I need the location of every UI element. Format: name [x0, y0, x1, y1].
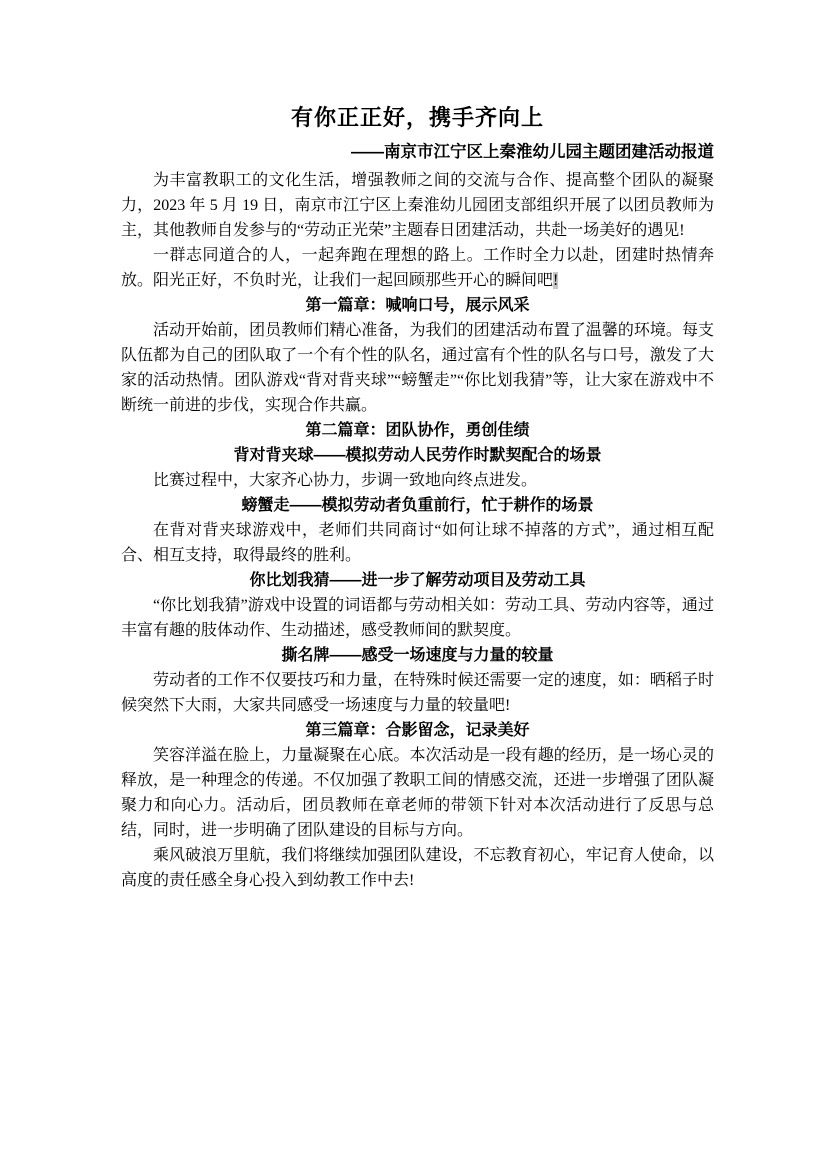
paragraph: 一群志同道合的人，一起奔跑在理想的路上。工作时全力以赴，团建时热情奔放。阳光正好… [121, 243, 714, 293]
sub-heading: 撕名牌——感受一场速度与力量的较量 [121, 643, 714, 668]
chapter-heading-text: 第一篇章：喊响口号，展示风采 [305, 297, 529, 314]
sub-heading-text: 撕名牌——感受一场速度与力量的较量 [281, 647, 553, 664]
paragraph: 在背对背夹球游戏中，老师们共同商讨“如何让球不掉落的方式”，通过相互配合、相互支… [121, 518, 714, 568]
doc-title: 有你正正好，携手齐向上 [121, 100, 714, 136]
paragraph: 比赛过程中，大家齐心协力，步调一致地向终点进发。 [121, 468, 714, 493]
sub-heading-text: 你比划我猜——进一步了解劳动项目及劳动工具 [249, 572, 585, 589]
paragraph-text: 一群志同道合的人，一起奔跑在理想的路上。工作时全力以赴，团建时热情奔放。阳光正好… [121, 247, 714, 289]
paragraph: “你比划我猜”游戏中设置的词语都与劳动相关如：劳动工具、劳动内容等，通过丰富有趣… [121, 593, 714, 643]
paragraph-text: 活动开始前，团员教师们精心准备，为我们的团建活动布置了温馨的环境。每支队伍都为自… [121, 322, 714, 414]
chapter-heading: 第一篇章：喊响口号，展示风采 [121, 293, 714, 318]
paragraph-text: 比赛过程中，大家齐心协力，步调一致地向终点进发。 [153, 472, 537, 489]
document-content: 有你正正好，携手齐向上 ——南京市江宁区上秦淮幼儿园主题团建活动报道 为丰富教职… [121, 100, 714, 893]
paragraph-text: 劳动者的工作不仅要技巧和力量，在特殊时候还需要一定的速度，如：晒稻子时候突然下大… [121, 672, 714, 714]
paragraph: 乘风破浪万里航，我们将继续加强团队建设，不忘教育初心，牢记育人使命，以高度的责任… [121, 843, 714, 893]
paragraph-text: 在背对背夹球游戏中，老师们共同商讨“如何让球不掉落的方式”，通过相互配合、相互支… [121, 522, 714, 564]
sub-heading: 背对背夹球——模拟劳动人民劳作时默契配合的场景 [121, 443, 714, 468]
paragraph: 为丰富教职工的文化生活，增强教师之间的交流与合作、提高整个团队的凝聚力，2023… [121, 168, 714, 243]
grammar-highlight: ! [553, 272, 558, 289]
sub-heading: 你比划我猜——进一步了解劳动项目及劳动工具 [121, 568, 714, 593]
chapter-heading-text: 第三篇章：合影留念，记录美好 [305, 722, 529, 739]
chapter-heading: 第三篇章：合影留念，记录美好 [121, 718, 714, 743]
doc-subtitle: ——南京市江宁区上秦淮幼儿园主题团建活动报道 [121, 138, 714, 166]
document-body: 为丰富教职工的文化生活，增强教师之间的交流与合作、提高整个团队的凝聚力，2023… [121, 168, 714, 893]
sub-heading-text: 螃蟹走——模拟劳动者负重前行，忙于耕作的场景 [241, 497, 593, 514]
document-page: 有你正正好，携手齐向上 ——南京市江宁区上秦淮幼儿园主题团建活动报道 为丰富教职… [0, 0, 827, 1170]
paragraph: 劳动者的工作不仅要技巧和力量，在特殊时候还需要一定的速度，如：晒稻子时候突然下大… [121, 668, 714, 718]
sub-heading-text: 背对背夹球——模拟劳动人民劳作时默契配合的场景 [233, 447, 601, 464]
paragraph-text: 为丰富教职工的文化生活，增强教师之间的交流与合作、提高整个团队的凝聚力，2023… [121, 172, 714, 239]
paragraph-text: 笑容洋溢在脸上，力量凝聚在心底。本次活动是一段有趣的经历，是一场心灵的释放，是一… [121, 747, 714, 839]
paragraph-text: 乘风破浪万里航，我们将继续加强团队建设，不忘教育初心，牢记育人使命，以高度的责任… [121, 847, 714, 889]
sub-heading: 螃蟹走——模拟劳动者负重前行，忙于耕作的场景 [121, 493, 714, 518]
chapter-heading-text: 第二篇章：团队协作，勇创佳绩 [305, 422, 529, 439]
paragraph-text: “你比划我猜”游戏中设置的词语都与劳动相关如：劳动工具、劳动内容等，通过丰富有趣… [121, 597, 714, 639]
paragraph: 活动开始前，团员教师们精心准备，为我们的团建活动布置了温馨的环境。每支队伍都为自… [121, 318, 714, 418]
paragraph: 笑容洋溢在脸上，力量凝聚在心底。本次活动是一段有趣的经历，是一场心灵的释放，是一… [121, 743, 714, 843]
chapter-heading: 第二篇章：团队协作，勇创佳绩 [121, 418, 714, 443]
